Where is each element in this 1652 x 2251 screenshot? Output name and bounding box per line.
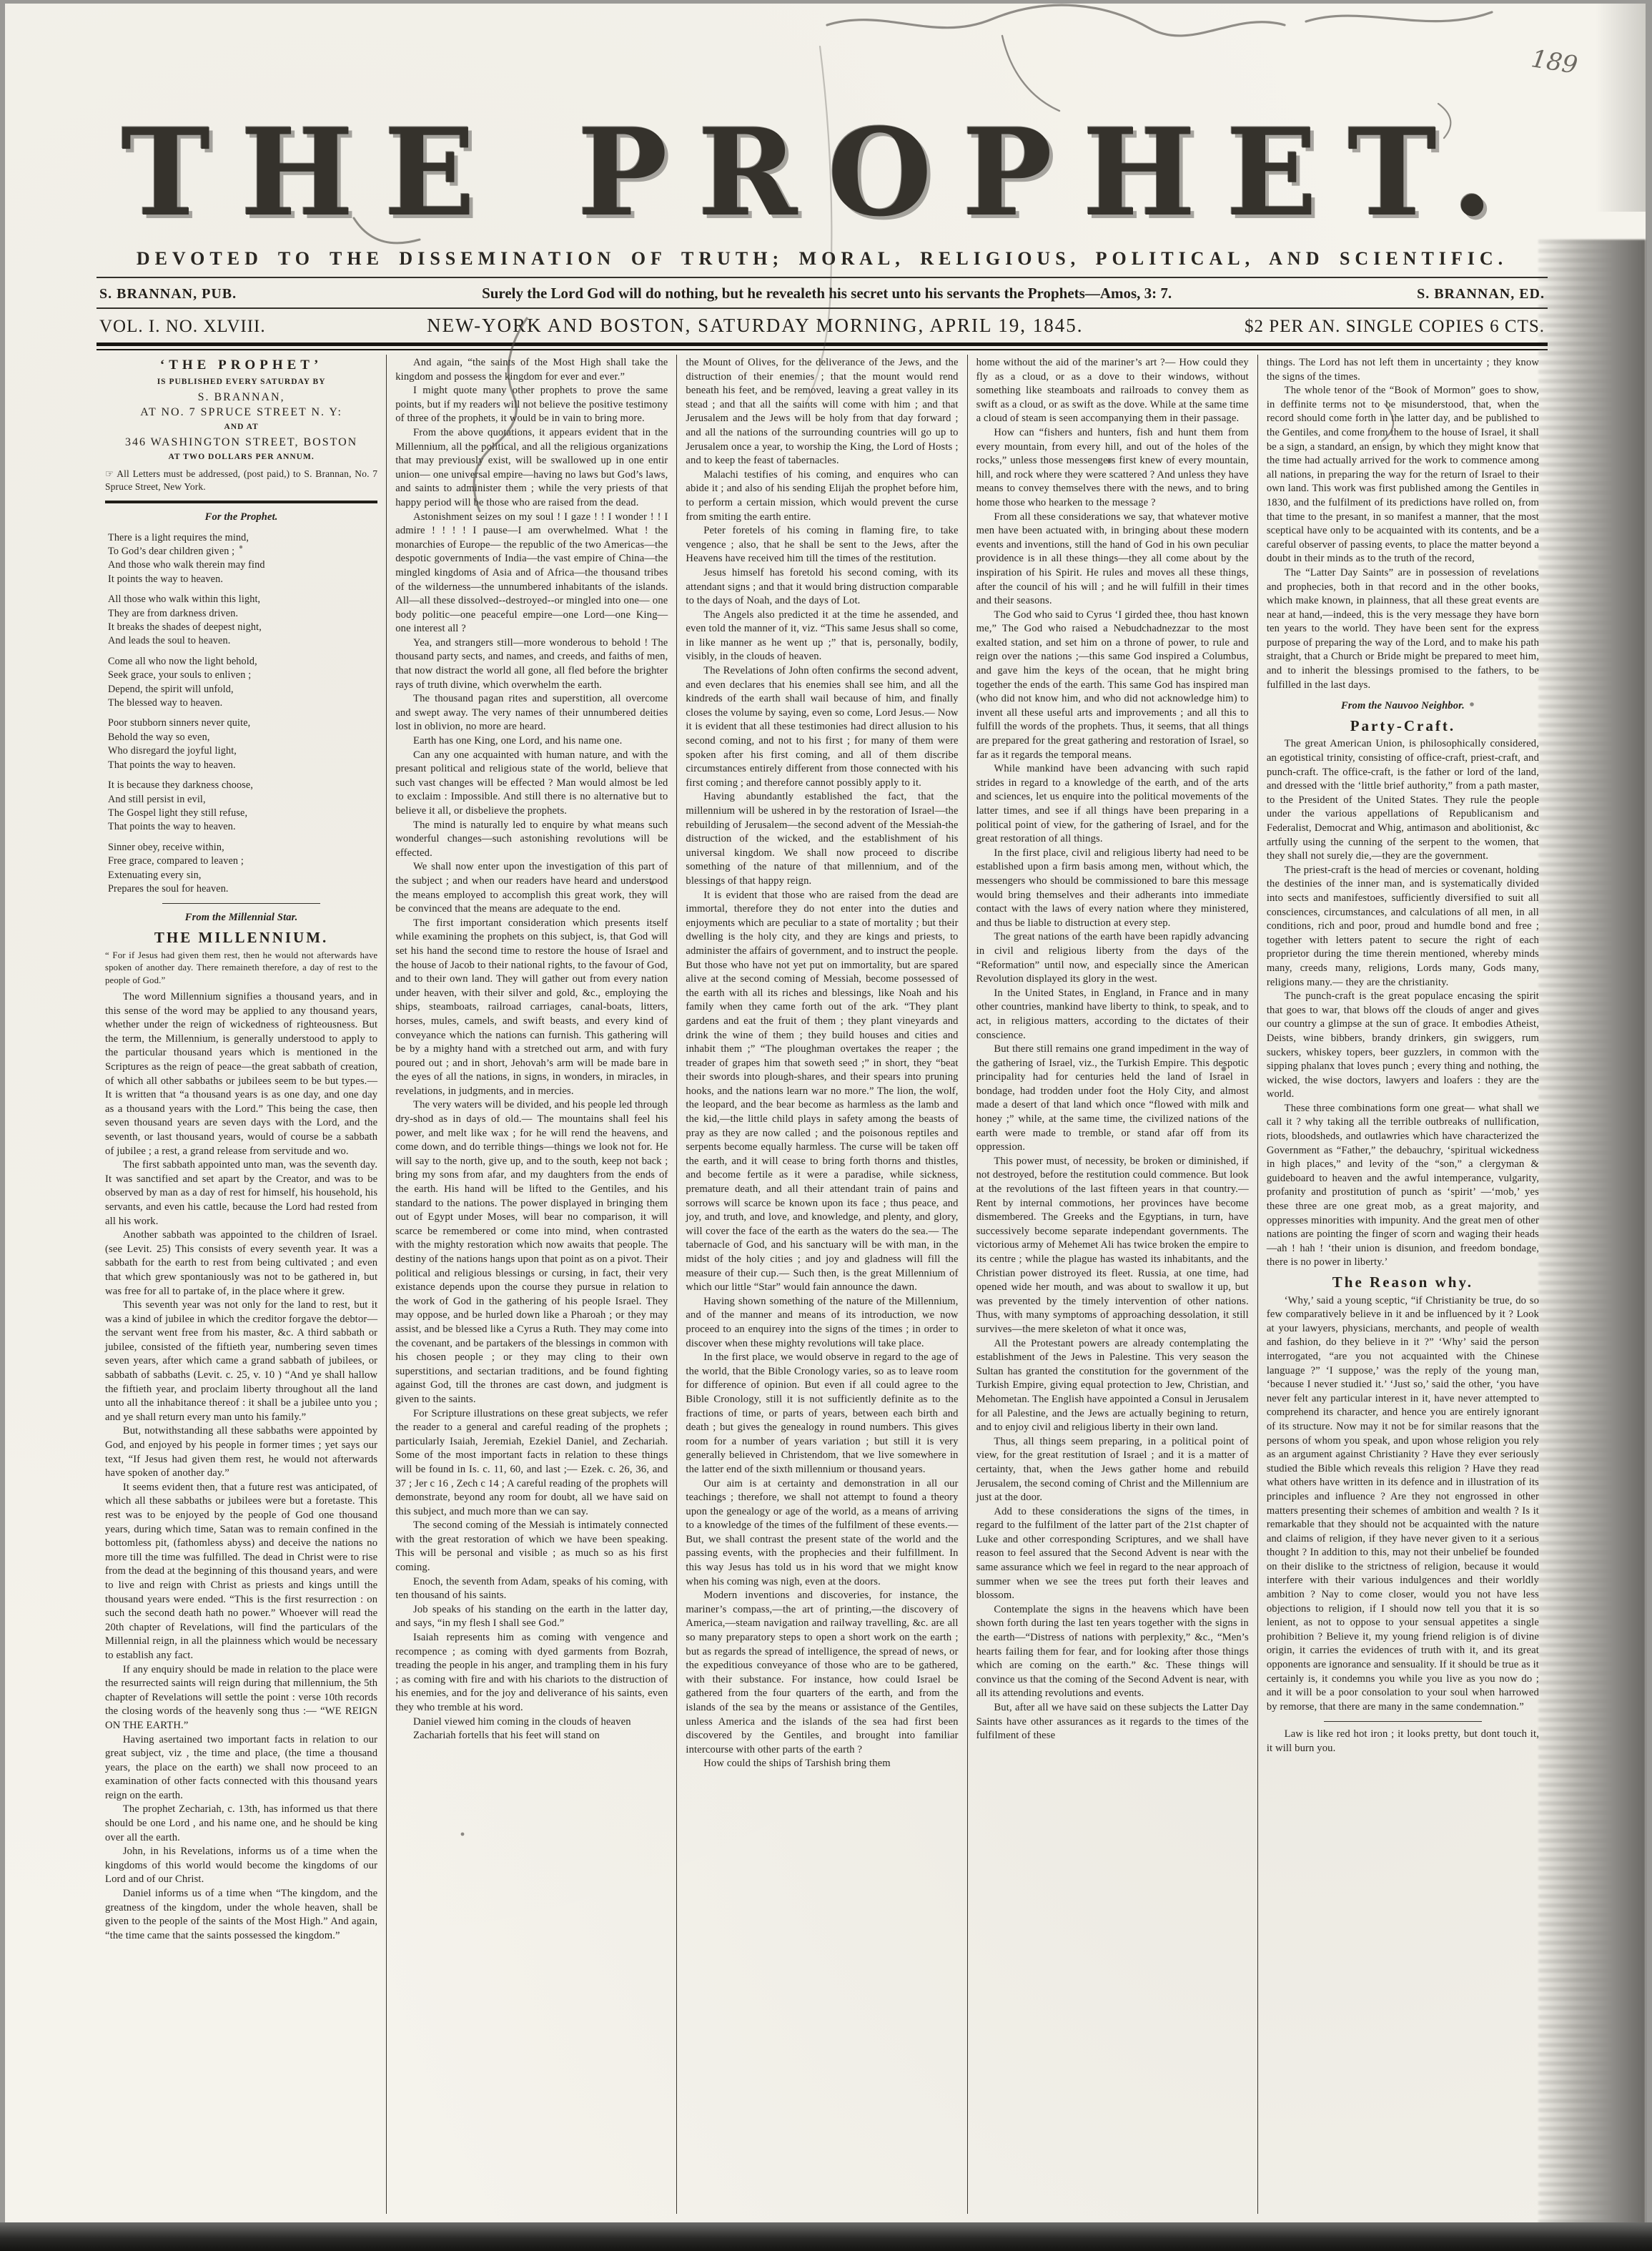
publisher-credit: S. BRANNAN, PUB. [99,286,237,302]
editor-credit: S. BRANNAN, ED. [1417,286,1545,302]
price: $2 PER AN. SINGLE COPIES 6 CTS. [1245,317,1545,337]
paragraph: Daniel viewed him coming in the clouds o… [395,1715,668,1730]
paragraph: Job speaks of his standing on the earth … [395,1603,668,1631]
imprint-notice: ☞ All Letters must be addressed, (post p… [105,468,377,493]
imprint-line: 346 WASHINGTON STREET, BOSTON [105,435,377,450]
section-divider [162,903,320,904]
paragraph: From all these considerations we say, th… [976,511,1249,609]
paragraph: Earth has one King, one Lord, and his na… [395,734,668,749]
scanner-bed-shadow [0,2222,1652,2251]
paragraph: things. The Lord has not left them in un… [1267,356,1539,384]
paragraph: Our aim is at certainty and demonstratio… [686,1477,958,1590]
paragraph: But, notwithstanding all these sabbaths … [105,1424,377,1480]
dateline-row: VOL. I. NO. XLVIII. NEW-YORK AND BOSTON,… [97,309,1548,343]
paragraph: Enoch, the seventh from Adam, speaks of … [395,1575,668,1603]
paragraph: Having abundantly established the fact, … [686,790,958,888]
paragraph: Thus, all things seem preparing, in a po… [976,1435,1249,1505]
section-divider [1324,1721,1482,1722]
paragraph: Daniel informs us of a time when “The ki… [105,1887,377,1943]
column-4: home without the aid of the mariner’s ar… [967,355,1257,2214]
paragraph: It is evident that those who are raised … [686,889,958,1295]
paragraph: The great nations of the earth have been… [976,930,1249,986]
paragraph: Malachi testifies of his coming, and enq… [686,468,958,524]
masthead-double-rule [97,343,1548,350]
paragraph: the Mount of Olives, for the deliverance… [686,356,958,468]
printed-area: THE PROPHET. DEVOTED TO THE DISSEMINATIO… [97,95,1548,2214]
imprint-line: AND AT [105,420,377,435]
article-columns: ‘THE PROPHET’IS PUBLISHED EVERY SATURDAY… [97,355,1548,2214]
heavy-divider [105,501,377,503]
paragraph: Zachariah fortells that his feet will st… [395,1729,668,1743]
paragraph: Isaiah represents him as coming with ven… [395,1631,668,1715]
paragraph: home without the aid of the mariner’s ar… [976,356,1249,426]
paragraph: The prophet Zechariah, c. 13th, has info… [105,1803,377,1845]
paragraph: The great American Union, is philosophic… [1267,737,1539,863]
paragraph: The priest-craft is the head of mercies … [1267,864,1539,990]
paragraph: The whole tenor of the “Book of Mormon” … [1267,384,1539,566]
paragraph: The God who said to Cyrus ‘I girded thee… [976,609,1249,763]
paragraph: Astonishment seizes on my soul ! I gaze … [395,511,668,636]
paragraph: All the Protestant powers are already co… [976,1337,1249,1435]
handwritten-folio-number: 189 [1529,44,1579,80]
column-3: the Mount of Olives, for the deliverance… [676,355,966,2214]
masthead-motto: Surely the Lord God will do nothing, but… [237,285,1417,302]
poem-title: For the Prophet. [105,511,377,525]
volume-number: VOL. I. NO. XLVIII. [99,317,266,337]
paragraph: In the United States, in England, in Fra… [976,987,1249,1043]
scanned-newspaper-page: THE PROPHET. DEVOTED TO THE DISSEMINATIO… [0,0,1652,2251]
paragraph: Yea, and strangers still—more wonderous … [395,636,668,692]
paragraph: The Revelations of John often confirms t… [686,664,958,790]
paragraph: And again, “the saints of the Most High … [395,356,668,384]
imprint-line: AT NO. 7 SPRUCE STREET N. Y: [105,405,377,420]
paragraph: Can any one acquainted with human nature… [395,749,668,819]
paragraph: From the above quotations, it appears ev… [395,426,668,511]
paragraph: In the first place, we would observe in … [686,1351,958,1477]
poem-stanza: Poor stubborn sinners never quite, Behol… [108,716,377,772]
paragraph: The thousand pagan rites and superstitio… [395,692,668,734]
imprint-line: AT TWO DOLLARS PER ANNUM. [105,450,377,465]
dateline: NEW-YORK AND BOSTON, SATURDAY MORNING, A… [266,315,1245,337]
paragraph: For Scripture illustrations on these gre… [395,1407,668,1519]
article-heading: THE MILLENNIUM. [105,931,377,945]
paragraph: Law is like red hot iron ; it looks pret… [1267,1728,1539,1755]
imprint-line: S. BRANNAN, [105,390,377,405]
paragraph: The second coming of the Messiah is inti… [395,1519,668,1575]
poem-stanza: All those who walk within this light, Th… [108,593,377,649]
paragraph: The very waters will be divided, and his… [395,1098,668,1407]
paragraph: Having asertained two important facts in… [105,1733,377,1803]
paragraph: Add to these considerations the signs of… [976,1505,1249,1603]
paragraph: Modern inventions and discoveries, for i… [686,1589,958,1757]
imprint-title: ‘THE PROPHET’ [105,356,377,375]
paragraph: How could the ships of Tarshish bring th… [686,1757,958,1771]
column-1: ‘THE PROPHET’IS PUBLISHED EVERY SATURDAY… [97,355,386,2214]
scripture-quote: “ For if Jesus had given them rest, then… [105,950,377,987]
paragraph: The “Latter Day Saints” are in possessio… [1267,566,1539,692]
paragraph: While mankind have been advancing with s… [976,762,1249,847]
column-5: things. The Lord has not left them in un… [1257,355,1548,2214]
paragraph: The punch-craft is the great populace en… [1267,990,1539,1102]
poem-stanza: Sinner obey, receive within, Free grace,… [108,841,377,897]
paragraph: The word Millennium signifies a thousand… [105,990,377,1158]
paragraph: Peter foretels of his coming in flaming … [686,524,958,566]
poem-stanza: Come all who now the light behold, Seek … [108,655,377,711]
paragraph: But, after all we have said on these sub… [976,1701,1249,1743]
imprint-line: IS PUBLISHED EVERY SATURDAY BY [105,375,377,390]
paragraph: It seems evident then, that a future res… [105,1481,377,1663]
source-line: From the Millennial Star. [105,911,377,925]
paragraph: Contemplate the signs in the heavens whi… [976,1603,1249,1701]
paragraph: In the first place, civil and religious … [976,847,1249,931]
poem-stanza: There is a light requires the mind, To G… [108,531,377,587]
paragraph: The mind is naturally led to enquire by … [395,819,668,861]
article-heading: The Reason why. [1267,1276,1539,1290]
page-edge-shadow-top [1596,4,1646,212]
masthead-subtitle: DEVOTED TO THE DISSEMINATION OF TRUTH; M… [97,248,1548,270]
paragraph: The first sabbath appointed unto man, wa… [105,1158,377,1228]
paragraph: Having shown something of the nature of … [686,1295,958,1351]
paragraph: But there still remains one grand impedi… [976,1043,1249,1155]
paragraph: This power must, of necessity, be broken… [976,1155,1249,1337]
column-2: And again, “the saints of the Most High … [386,355,676,2214]
paragraph: We shall now enter upon the investigatio… [395,860,668,916]
motto-row: S. BRANNAN, PUB. Surely the Lord God wil… [97,278,1548,307]
paragraph: ‘Why,’ said a young sceptic, “if Christi… [1267,1294,1539,1715]
page-edge-shadow [1538,240,1646,2224]
article-heading: Party-Craft. [1267,719,1539,734]
paragraph: This seventh year was not only for the l… [105,1299,377,1424]
source-line: From the Nauvoo Neighbor. [1267,699,1539,714]
paragraph: How can “fishers and hunters, fish and h… [976,426,1249,511]
paragraph: The Angels also predicted it at the time… [686,609,958,664]
paragraph: I might quote many other prophets to pro… [395,384,668,426]
paragraph: Another sabbath was appointed to the chi… [105,1228,377,1299]
paper-sheet: THE PROPHET. DEVOTED TO THE DISSEMINATIO… [5,4,1646,2224]
paragraph: Jesus himself has foretold his second co… [686,566,958,609]
paragraph: John, in his Revelations, informs us of … [105,1845,377,1887]
paragraph: These three combinations form one great—… [1267,1102,1539,1270]
paragraph: If any enquiry should be made in relatio… [105,1663,377,1733]
poem-stanza: It is because they darkness choose, And … [108,779,377,834]
newspaper-title: THE PROPHET. [97,101,1548,244]
paragraph: The first important consideration which … [395,917,668,1099]
